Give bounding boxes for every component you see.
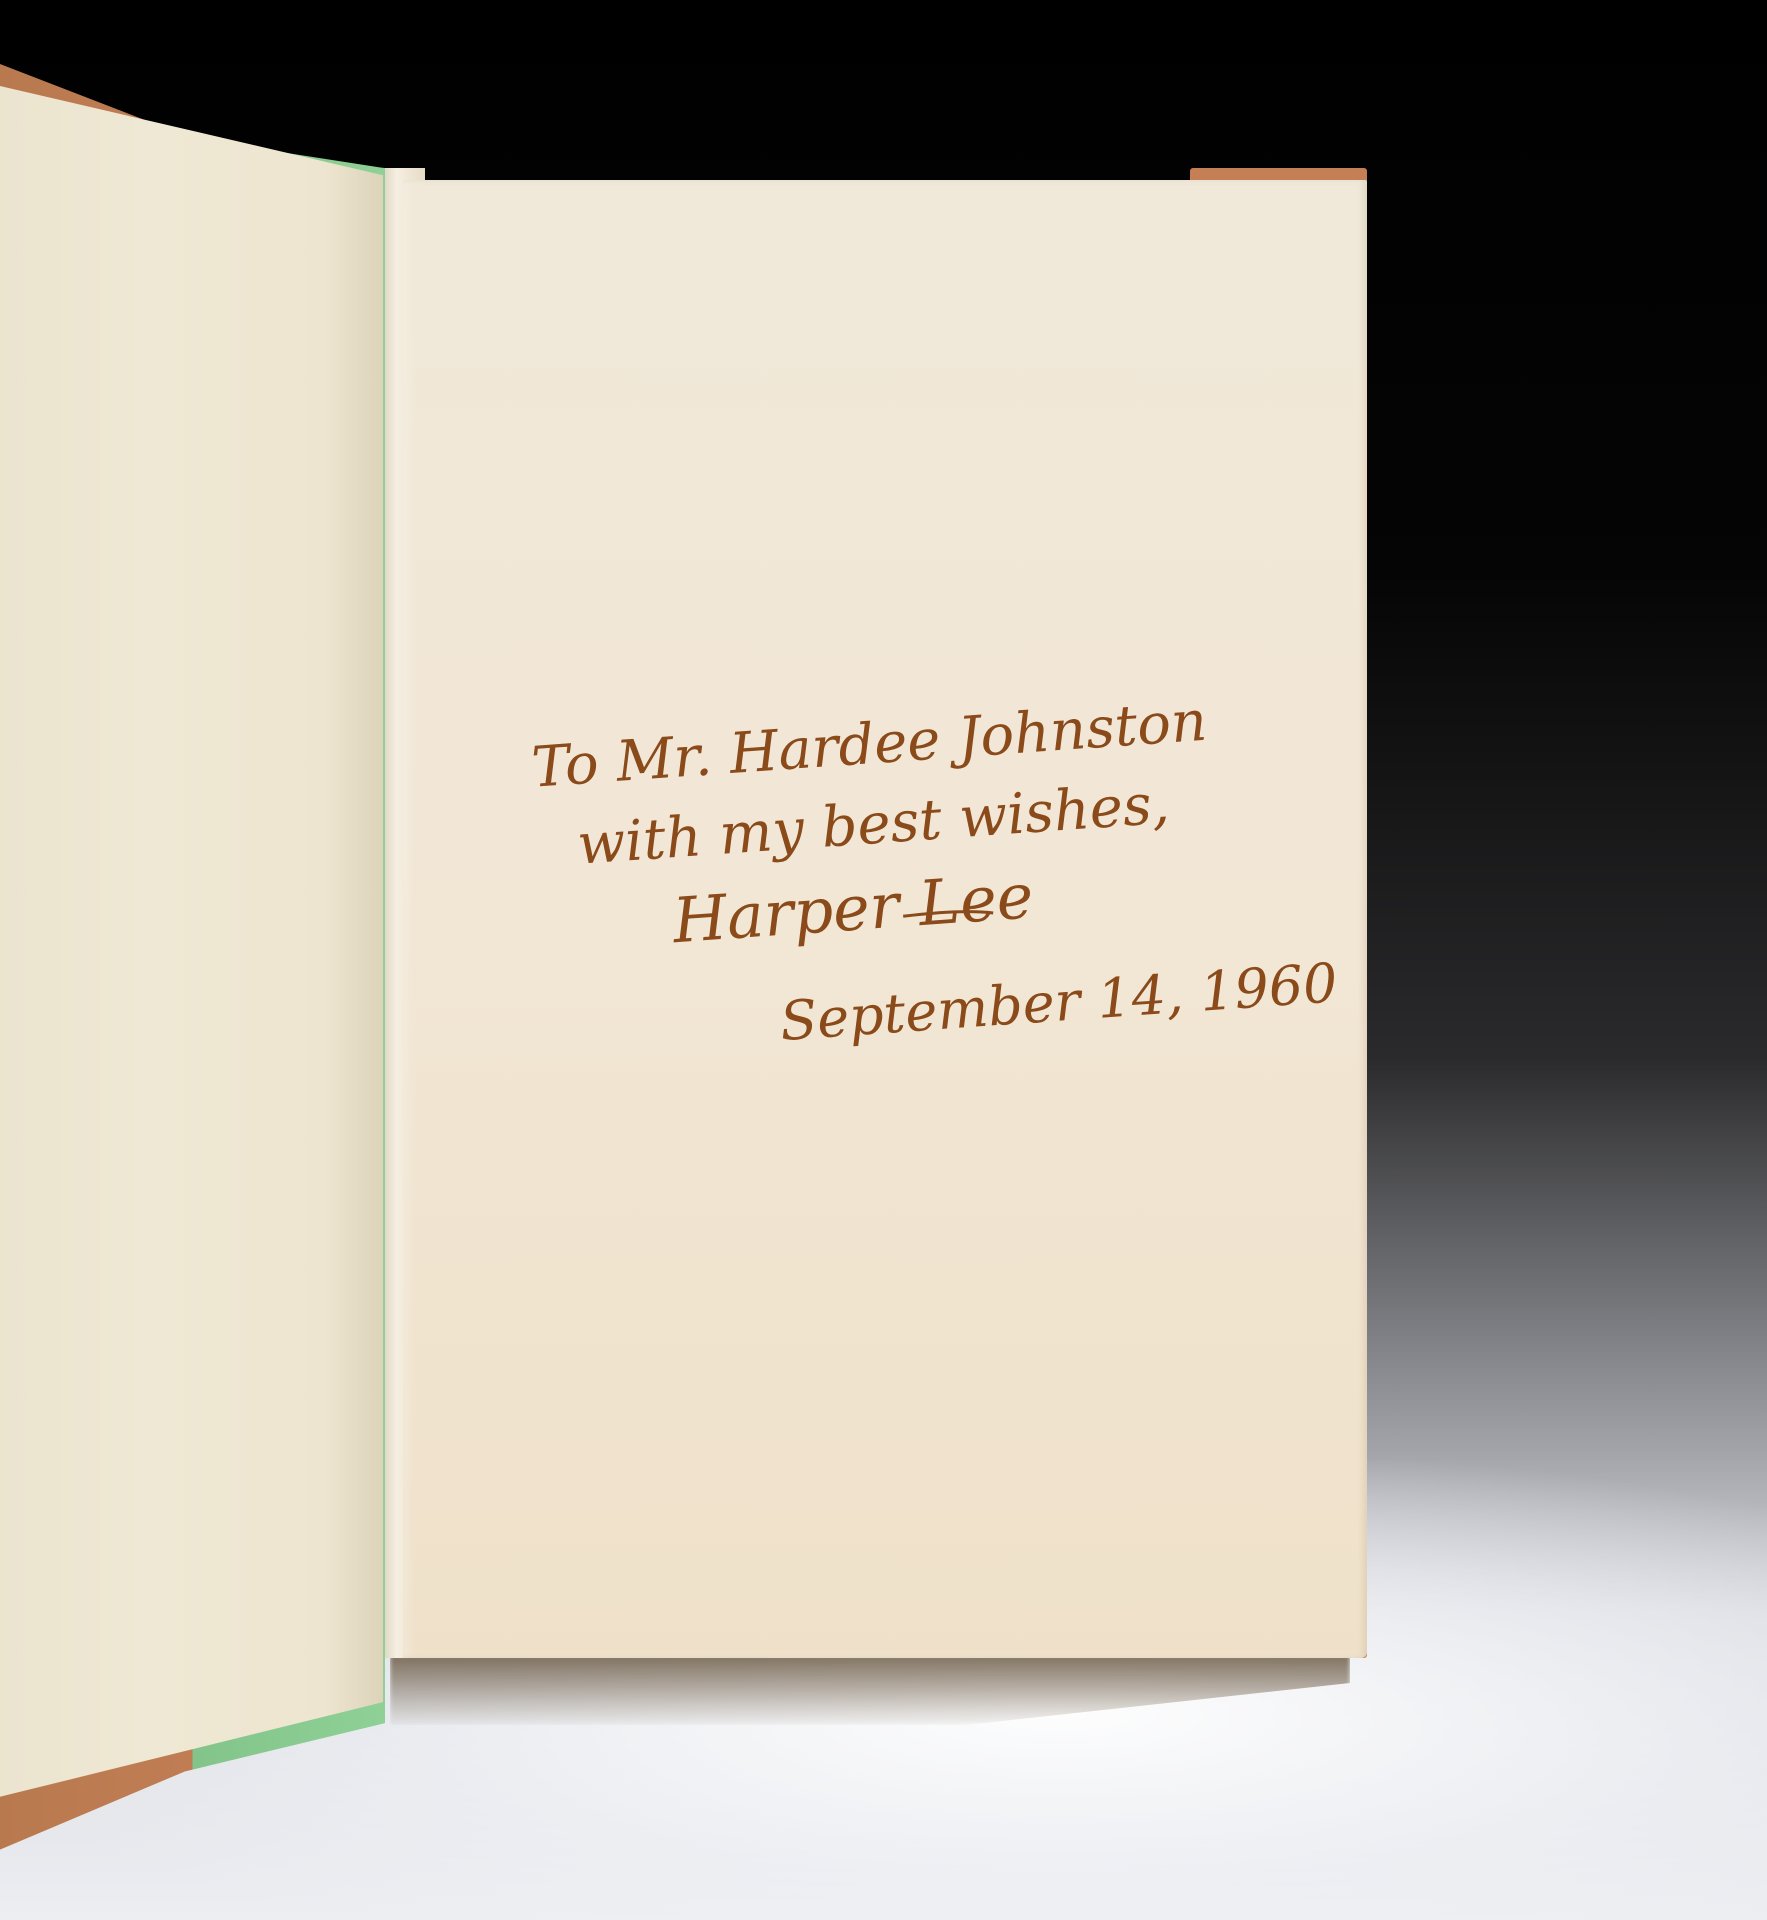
signature: Harper Lee: [669, 859, 1035, 957]
left-endpaper: [0, 86, 383, 1906]
inscription-date: September 14, 1960: [778, 951, 1339, 1053]
handwritten-inscription: To Mr. Hardee Johnston with my best wish…: [540, 690, 1300, 1050]
inscription-handwriting: To Mr. Hardee Johnston with my best wish…: [540, 690, 1300, 1050]
photo-scene: To Mr. Hardee Johnston with my best wish…: [0, 0, 1767, 1920]
